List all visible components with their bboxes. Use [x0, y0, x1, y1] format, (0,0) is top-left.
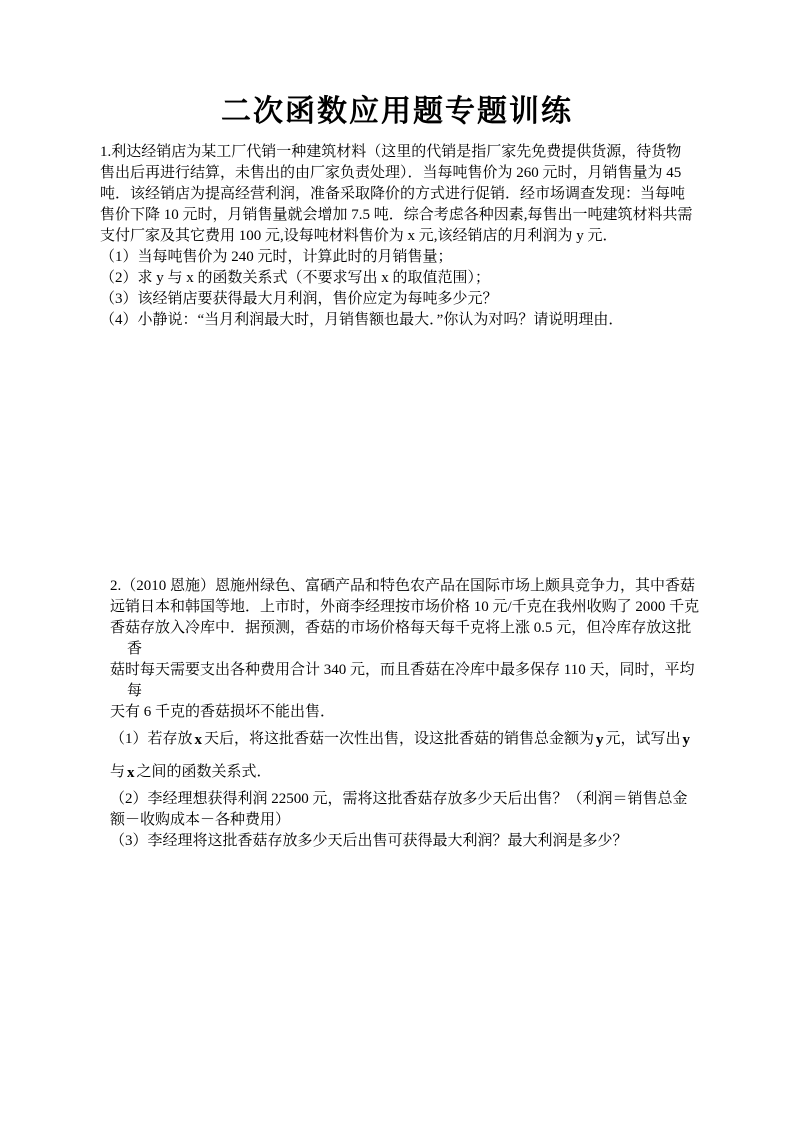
text-segment: 之间的函数关系式．	[137, 764, 272, 780]
problem-1-line-3: 吨．该经销店为提高经营利润，准备采取降价的方式进行促销．经市场调查发现：当每吨	[100, 184, 693, 205]
problem-1-question-4: （4）小静说：“当月利润最大时，月销售额也最大．”你认为对吗？请说明理由．	[100, 310, 693, 331]
math-variable-y: y	[594, 732, 606, 748]
problem-1-block: 1.利达经销店为某工厂代销一种建筑材料（这里的代销是指厂家先免费提供货源，待货物…	[100, 142, 693, 331]
math-variable-x: x	[125, 765, 137, 781]
math-variable-y: y	[681, 732, 693, 748]
document-page: 二次函数应用题专题训练 1.利达经销店为某工厂代销一种建筑材料（这里的代销是指厂…	[0, 0, 794, 1123]
math-variable-x: x	[193, 732, 205, 748]
problem-1-line-1: 1.利达经销店为某工厂代销一种建筑材料（这里的代销是指厂家先免费提供货源，待货物	[100, 142, 693, 163]
problem-2-line-7: 天有 6 千克的香菇损坏不能出售．	[110, 702, 699, 723]
problem-2-line-2: 远销日本和韩国等地．上市时，外商李经理按市场价格 10 元/千克在我州收购了 2…	[110, 597, 699, 618]
problem-1-question-2: （2）求 y 与 x 的函数关系式（不要求写出 x 的取值范围）；	[100, 268, 693, 289]
text-segment: 天后，将这批香菇一次性出售，设这批香菇的销售总金额为	[204, 731, 594, 747]
problem-2-question-1-line-1: （1）若存放x天后，将这批香菇一次性出售，设这批香菇的销售总金额为y元，试写出y	[110, 723, 699, 756]
problem-1-question-3: （3）该经销店要获得最大月利润，售价应定为每吨多少元？	[100, 289, 693, 310]
problem-2-line-6-hanging-char: 每	[110, 681, 699, 702]
problem-2-question-1-line-2: 与x之间的函数关系式．	[110, 756, 699, 789]
problem-1-line-5: 支付厂家及其它费用 100 元,设每吨材料售价为 x 元,该经销店的月利润为 y…	[100, 226, 693, 247]
text-segment: （1）若存放	[110, 731, 193, 747]
page-title: 二次函数应用题专题训练	[100, 95, 694, 129]
problem-2-line-1: 2.（2010 恩施）恩施州绿色、富硒产品和特色农产品在国际市场上颇具竞争力，其…	[110, 576, 699, 597]
problem-2-block: 2.（2010 恩施）恩施州绿色、富硒产品和特色农产品在国际市场上颇具竞争力，其…	[110, 576, 699, 852]
problem-2-question-3: （3）李经理将这批香菇存放多少天后出售可获得最大利润？最大利润是多少？	[110, 831, 699, 852]
problem-1-line-2: 售出后再进行结算，未售出的由厂家负责处理）．当每吨售价为 260 元时，月销售量…	[100, 163, 693, 184]
problem-2-question-2-line-2: 额－收购成本－各种费用）	[110, 810, 699, 831]
problem-2-line-4-hanging-char: 香	[110, 639, 699, 660]
problem-2-line-5: 菇时每天需要支出各种费用合计 340 元，而且香菇在冷库中最多保存 110 天，…	[110, 660, 699, 681]
text-segment: 元，试写出	[606, 731, 681, 747]
problem-2-line-3: 香菇存放入冷库中．据预测，香菇的市场价格每天每千克将上涨 0.5 元，但冷库存放…	[110, 618, 699, 639]
text-segment: 与	[110, 764, 125, 780]
problem-2-question-2-line-1: （2）李经理想获得利润 22500 元，需将这批香菇存放多少天后出售？（利润＝销…	[110, 789, 699, 810]
problem-1-line-4: 售价下降 10 元时，月销售量就会增加 7.5 吨．综合考虑各种因素,每售出一吨…	[100, 205, 693, 226]
problem-1-question-1: （1）当每吨售价为 240 元时，计算此时的月销售量；	[100, 247, 693, 268]
